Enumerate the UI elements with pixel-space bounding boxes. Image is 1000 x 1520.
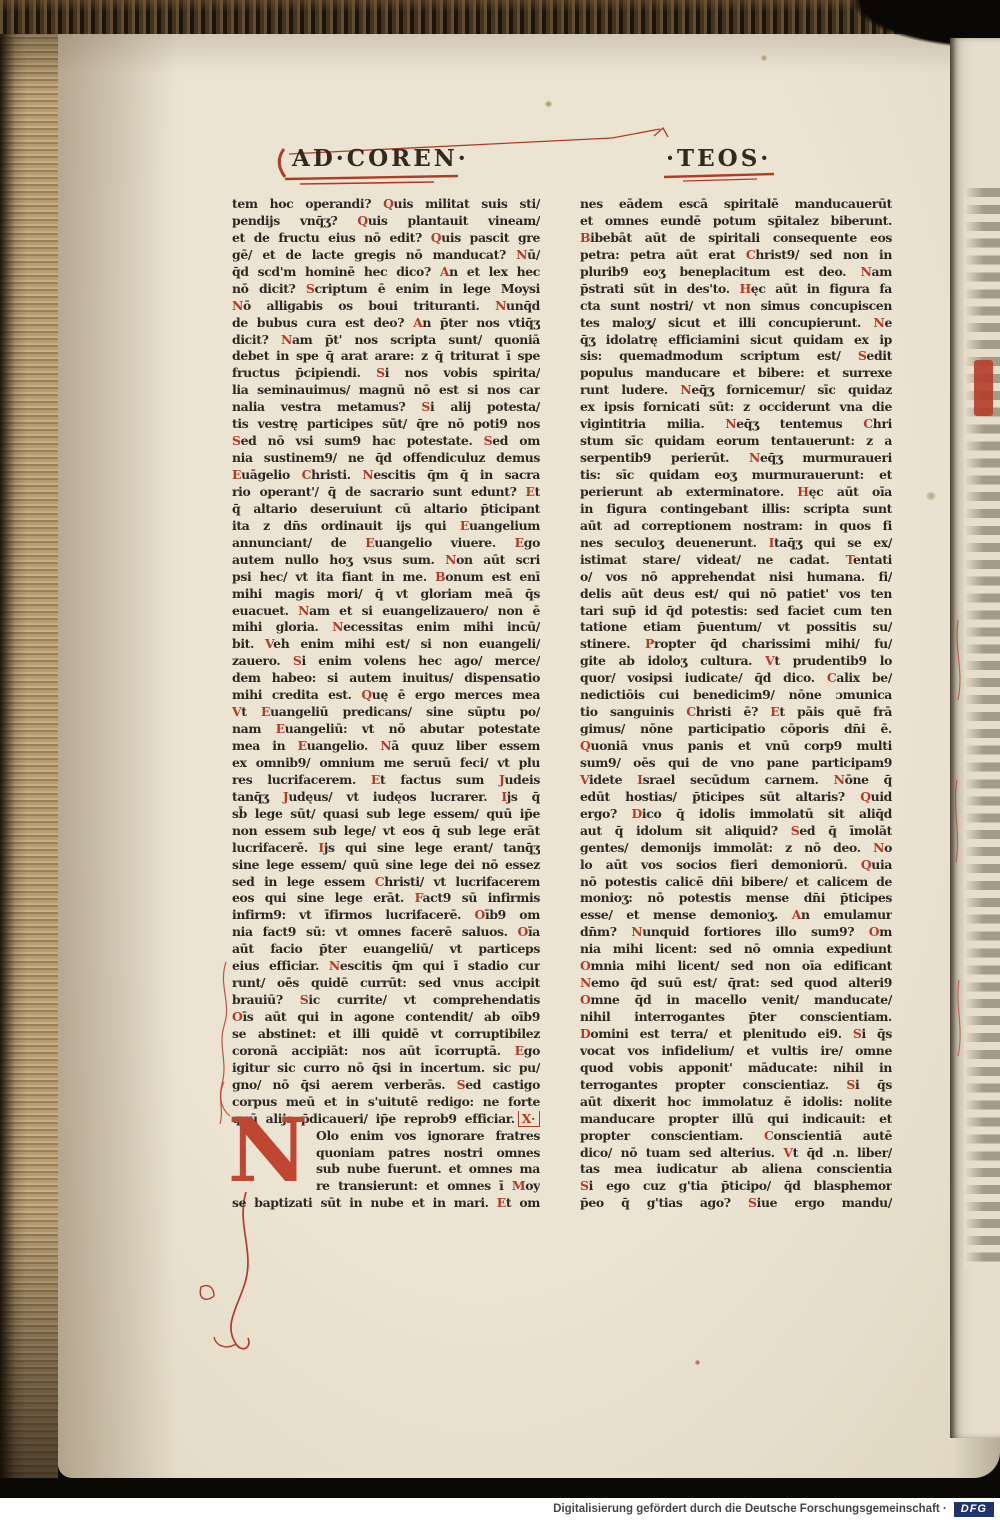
text-line: in figura contingebant illis: scripta su… xyxy=(580,501,892,518)
text-line: tes maloʒ/ sicut et illi concupierunt. N… xyxy=(580,315,892,332)
text-line: nō potestis calicē dn̄i bibere/ et calic… xyxy=(580,874,892,891)
text-line: manducare propter illū qui indicauit: et xyxy=(580,1111,892,1128)
text-line: brauiū? Sic currite/ vt comprehendatis xyxy=(232,992,540,1009)
text-line: non essem sub lege/ vt eos q̄ sub lege e… xyxy=(232,823,540,840)
text-line: p̄eo q̄ g'tias ago? Siue ergo mandu/ xyxy=(580,1195,892,1212)
text-line: coronā accipiāt: nos aūt īcorruptā. Ego xyxy=(232,1043,540,1060)
text-line: Nō alligabis os boui trituranti. Nunq̄d xyxy=(232,298,540,315)
binding-gutter-shadow xyxy=(58,30,178,1478)
next-page-partial-text xyxy=(964,188,1000,1268)
text-line: nihil interrogantes p̄ter conscientiam. xyxy=(580,1009,892,1026)
text-line: igitur sic curro nō q̄si in incertum. si… xyxy=(232,1060,540,1077)
next-page-edge xyxy=(950,38,1000,1438)
text-line: autem nullo hoʒ vsus sum. Non aūt scri xyxy=(232,552,540,569)
text-line: Domini est terra/ et plenitudo ei9. Si q… xyxy=(580,1026,892,1043)
ink-spot xyxy=(695,1360,700,1365)
text-line: zauero. Si enim volens hec ago/ merce/ xyxy=(232,653,540,670)
running-header-left: AD·COREN· xyxy=(292,145,469,172)
text-line: istimat stare/ videat/ ne cadat. Tentati xyxy=(580,552,892,569)
text-line: runt/ oēs quidē currūt: sed vnus accipit xyxy=(232,975,540,992)
text-line: lucrifacerē. Ijs qui sine lege erant/ ta… xyxy=(232,840,540,857)
text-line: q̄d scd'm hominē hec dico? An et lex hec xyxy=(232,264,540,281)
text-column-left: tem hoc operandi? Quis militat suis sti/… xyxy=(232,196,540,1212)
text-line: aūt dixerit hoc immolatuz ē idolis: noli… xyxy=(580,1094,892,1111)
text-line: nedictiōis cui benedicim9/ nōne ɔmunica xyxy=(580,687,892,704)
text-line: populus manducare et bibere: et surrexe xyxy=(580,365,892,382)
text-line: Videte Israel secūdum carnem. Nōne q̄ xyxy=(580,772,892,789)
text-line: esse/ et mense demonioʒ. An emulamur xyxy=(580,907,892,924)
text-line: tio sanguinis Christi ē? Et pāis quē frā xyxy=(580,704,892,721)
text-line: sed in lege essem Christi/ vt lucrifacer… xyxy=(232,874,540,891)
text-line: petra: petra aūt erat Christ9/ sed non i… xyxy=(580,247,892,264)
text-line: delis aūt deus est/ qui nō patiet' vos t… xyxy=(580,586,892,603)
text-line: nalia vestra metamus? Si alij potesta/ xyxy=(232,399,540,416)
text-line: aūt ad correptionem nostram: in quos fi xyxy=(580,518,892,535)
text-line: lo aūt vos socios fieri demoniorū. Quia xyxy=(580,857,892,874)
text-column-right: nes eādem escā spiritalē manducauerūtet … xyxy=(580,196,892,1212)
text-line: tari sup̄ id q̄d potestis: sed faciet cu… xyxy=(580,603,892,620)
text-line: stum sīc quidam eorum tentauerunt: z a xyxy=(580,433,892,450)
text-line: eos qui sine lege erāt. Fact9 sū infirmi… xyxy=(232,890,540,907)
text-line: vocat vos infidelium/ et vultis ire/ omn… xyxy=(580,1043,892,1060)
text-line: ergo? Dico q̄ idolis immolatū sit aliq̄d xyxy=(580,806,892,823)
foxing-spot xyxy=(926,492,936,500)
text-line: psi hec/ vt ita fiant in me. Bonum est e… xyxy=(232,569,540,586)
text-line: aut q̄ idolum sit aliquid? Sed q̄ īmolāt xyxy=(580,823,892,840)
text-line: pendijs vnq̄ʒ? Quis plantauit vineam/ xyxy=(232,213,540,230)
manuscript-page-photo: AD·COREN· ·TEOS· tem hoc operandi? Quis … xyxy=(0,0,1000,1498)
text-line: stinere. Propter q̄d charissimi mihi/ fu… xyxy=(580,636,892,653)
text-line: Nemo q̄d suū est/ q̄rat: sed quod alteri… xyxy=(580,975,892,992)
text-line: mihi magis mori/ q̄ vt gloriam meā q̄s xyxy=(232,586,540,603)
text-line: nam Euangeliū: vt nō abutar potestate xyxy=(232,721,540,738)
text-line: ita z dn̄s ordinauit ijs qui Euangelium xyxy=(232,518,540,535)
text-line: sine lege essem/ quū sine lege dei nō es… xyxy=(232,857,540,874)
text-line: euacuet. Nam et si euangelizauero/ non ē xyxy=(232,603,540,620)
text-line: gno/ nō q̄si aerem verberās. Sed castigo xyxy=(232,1077,540,1094)
text-line: Bibebāt aūt de spiritali consequente eos xyxy=(580,230,892,247)
text-line: gē/ et de lacte gregis nō manducat? Nū/ xyxy=(232,247,540,264)
text-line: nia mihi licent: sed nō omnia expediunt xyxy=(580,941,892,958)
text-line: nia fact9 sū: vt omnes facerē saluos. Oī… xyxy=(232,924,540,941)
text-line: mihi credita est. Quę ē ergo merces mea xyxy=(232,687,540,704)
dfg-logo: DFG xyxy=(954,1502,994,1517)
text-line: edūt hostias/ p̄ticipes sūt altaris? Qui… xyxy=(580,789,892,806)
text-line: nō dicit? Scriptum ē enim in lege Moysi xyxy=(232,281,540,298)
text-line: Si ego cuz g'tia p̄ticipo/ q̄d blasphemo… xyxy=(580,1178,892,1195)
next-page-red-initial xyxy=(974,360,993,416)
foxing-spot xyxy=(545,101,552,107)
text-line: tatione etiam p̄uentum/ vt possitis su/ xyxy=(580,619,892,636)
text-line: propter conscientiam. Conscientiā autē xyxy=(580,1128,892,1145)
text-line: tem hoc operandi? Quis militat suis sti/ xyxy=(232,196,540,213)
text-line: tis vestrę participes sūt/ q̄re nō poti9… xyxy=(232,416,540,433)
text-line: quor/ vosipsi iudicate/ q̄d dico. Calix … xyxy=(580,670,892,687)
text-line: mea in Euangelio. Nā quuz liber essem xyxy=(232,738,540,755)
text-line: gentes/ demonijs immolāt: z nō deo. No xyxy=(580,840,892,857)
text-line: ex ipsis fornicati sūt: z occiderunt vna… xyxy=(580,399,892,416)
text-line: Omnia mihi licent/ sed non oīa edificant xyxy=(580,958,892,975)
text-line: quod vobis apponit' māducate: nihil in xyxy=(580,1060,892,1077)
text-line: dico/ nō tuam sed alterius. Vt q̄d .n. l… xyxy=(580,1145,892,1162)
text-line: serpentib9 perierūt. Neq̄ʒ murmuraueri xyxy=(580,450,892,467)
text-line: Quoniā vnus panis et vnū corp9 multi xyxy=(580,738,892,755)
text-line: tas mea iudicatur ab aliena conscientia xyxy=(580,1161,892,1178)
text-line: sb̄ lege sūt/ quasi sub lege essem/ quū … xyxy=(232,806,540,823)
text-line: rio operant'/ q̄ de sacrario sunt edunt?… xyxy=(232,484,540,501)
text-line: monioʒ: nō potestis mense dn̄i p̄ticipes xyxy=(580,890,892,907)
text-line: dem habeo: si autem inuitus/ dispensatio xyxy=(232,670,540,687)
chapter-number: X· xyxy=(518,1111,540,1127)
foxing-spot xyxy=(761,55,767,61)
text-line: Omne q̄d in macello venit/ manducate/ xyxy=(580,992,892,1009)
text-line: nes seculoʒ deuenerunt. Itaq̄ʒ qui se ex… xyxy=(580,535,892,552)
text-line: mihi gloria. Necessitas enim mihi incū/ xyxy=(232,619,540,636)
text-line: perierunt ab exterminatore. Hęc aūt oīa xyxy=(580,484,892,501)
text-line: runt ludere. Neq̄ʒ fornicemur/ sīc quida… xyxy=(580,382,892,399)
dfg-credit-text: Digitalisierung gefördert durch die Deut… xyxy=(553,1503,947,1515)
text-line: debet in spe q̄ arat arare: z q̄ tritura… xyxy=(232,348,540,365)
drop-cap-initial: N xyxy=(224,1106,312,1194)
text-line: Oīs aūt qui in agone contendit/ ab oīb9 xyxy=(232,1009,540,1026)
text-line: se abstinet: et illi quidē vt corruptibi… xyxy=(232,1026,540,1043)
text-line: vigintitria milia. Neq̄ʒ tentemus Chri xyxy=(580,416,892,433)
dfg-credit-bar: Digitalisierung gefördert durch die Deut… xyxy=(0,1498,1000,1520)
text-line: cta sunt nostri/ vt non simus concupisce… xyxy=(580,298,892,315)
text-line: p̄strati sūt in des'to. Hęc aūt in figur… xyxy=(580,281,892,298)
text-line: annunciant/ de Euangelio viuere. Ego xyxy=(232,535,540,552)
text-line: tis: sīc quidam eoʒ murmurauerunt: et xyxy=(580,467,892,484)
text-line: plurib9 eoʒ beneplacitum est deo. Nam xyxy=(580,264,892,281)
text-line: tanq̄ʒ Judęus/ vt iudęos lucrarer. Ijs q… xyxy=(232,789,540,806)
text-line: infirm9: vt īfirmos lucrifacerē. Oīb9 om xyxy=(232,907,540,924)
text-line: terrogantes propter conscientiaz. Si q̄s xyxy=(580,1077,892,1094)
text-line: Vt Euangeliū predicans/ sine sūptu po/ xyxy=(232,704,540,721)
text-line: et de fructu eius nō edit? Quis pascit g… xyxy=(232,230,540,247)
text-line: aūt facio p̄ter euangeliū/ vt particeps xyxy=(232,941,540,958)
text-line: fructus p̄cipiendi. Si nos vobis spirita… xyxy=(232,365,540,382)
text-line: sis: quemadmodum scriptum est/ Sedit xyxy=(580,348,892,365)
book-foreedge-left xyxy=(0,0,58,1478)
text-line: nes eādem escā spiritalē manducauerūt xyxy=(580,196,892,213)
text-line: dicit? Nam p̄t' nos scripta sunt/ quoniā xyxy=(232,332,540,349)
text-line: ex omnib9/ omnium me seruū feci/ vt plu xyxy=(232,755,540,772)
text-line: sum9/ oēs qui de vno pane participam9 xyxy=(580,755,892,772)
text-line: gite ab idoloʒ cultura. Vt prudentib9 lo xyxy=(580,653,892,670)
text-line: dn̄m? Nunquid fortiores illo sum9? Om xyxy=(580,924,892,941)
text-line: bit. Veh enim mihi est/ si non euangeli/ xyxy=(232,636,540,653)
text-line: q̄ altario deseruiunt cū altario p̄ticip… xyxy=(232,501,540,518)
text-line: Euāgelio Christi. Nescitis q̄m q̄ in sac… xyxy=(232,467,540,484)
text-line: et omnes eundē potum sp̄italez biberunt. xyxy=(580,213,892,230)
text-line: Sed nō vsi sum9 hac potestate. Sed om xyxy=(232,433,540,450)
running-header-right: ·TEOS· xyxy=(666,145,771,172)
text-line: res lucrifacerem. Et factus sum Judeis xyxy=(232,772,540,789)
text-line: nia sustinem9/ ne q̄d offendiculuz demus xyxy=(232,450,540,467)
text-line: o/ vos nō apprehendat nisi humana. fi/ xyxy=(580,569,892,586)
text-line: de bubus cura est deo? An p̄ter nos vtiq… xyxy=(232,315,540,332)
text-line: eius efficiar. Nescitis q̄m qui ī stadio… xyxy=(232,958,540,975)
text-line: gimus/ nōne participatio cōporis dn̄i ē. xyxy=(580,721,892,738)
text-line: q̄ʒ idolatrę efficiamini sicut quidam ex… xyxy=(580,332,892,349)
text-line: lia seminauimus/ magnū nō est si nos car xyxy=(232,382,540,399)
